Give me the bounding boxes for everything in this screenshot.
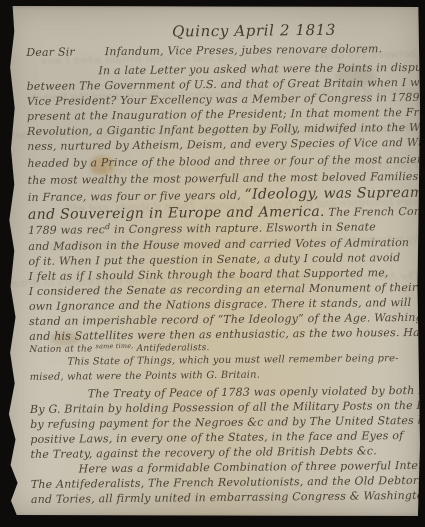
letter-line: and Tories, all firmly united in embarra… bbox=[31, 488, 419, 507]
letter-line-segment: in Congress with rapture. Elsworth in Se… bbox=[110, 220, 376, 236]
letter-line-segment: d bbox=[105, 223, 110, 232]
letter-line-segment: same time, bbox=[95, 342, 133, 350]
letter-epigraph: Infandum, Vice Preses, jubes renovare do… bbox=[105, 42, 383, 58]
letter-line-segment: headed by a Prince of the blood and thre… bbox=[27, 153, 425, 170]
letter-line-segment: and Tories, all firmly united in embarra… bbox=[31, 489, 425, 506]
letter-line: headed by a Prince of the blood and thre… bbox=[27, 152, 415, 171]
letter-line-segment: The French Constitution of bbox=[325, 204, 425, 219]
letter-line-segment: This State of Things, which you must wel… bbox=[67, 353, 398, 367]
letter-scan-paper: between The Government of U.S. and that … bbox=[6, 6, 420, 516]
letter-line-segment: 1789 was rec bbox=[28, 223, 105, 237]
letter-salutation-row: Dear SirInfandum, Vice Preses, jubes ren… bbox=[26, 41, 414, 60]
letter-line: in France, was four or five years old, “… bbox=[28, 186, 416, 205]
letter-line-segment: Nation at the bbox=[29, 344, 95, 355]
letter-dateline: Quincy April 2 1813 bbox=[172, 22, 414, 40]
letter-line-segment: in France, was four or five years old, bbox=[28, 189, 245, 204]
letter-salutation: Dear Sir bbox=[26, 45, 75, 59]
letter-line-segment: “Ideology, was Supream bbox=[244, 185, 423, 203]
letter-line-segment: mised, what were the Points with G. Brit… bbox=[30, 370, 260, 383]
letter-line: ness, nurtured by Atheism, Deism, and ev… bbox=[27, 135, 415, 154]
letter-body: Quincy April 2 1813 Dear SirInfandum, Vi… bbox=[26, 22, 419, 507]
letter-lines: In a late Letter you asked what were the… bbox=[26, 60, 419, 507]
letter-line-segment: ness, nurtured by Atheism, Deism, and ev… bbox=[27, 135, 425, 153]
letter-line-segment: the most wealthy the most powerfull and … bbox=[28, 170, 419, 187]
letter-line: mised, what were the Points with G. Brit… bbox=[30, 366, 418, 385]
